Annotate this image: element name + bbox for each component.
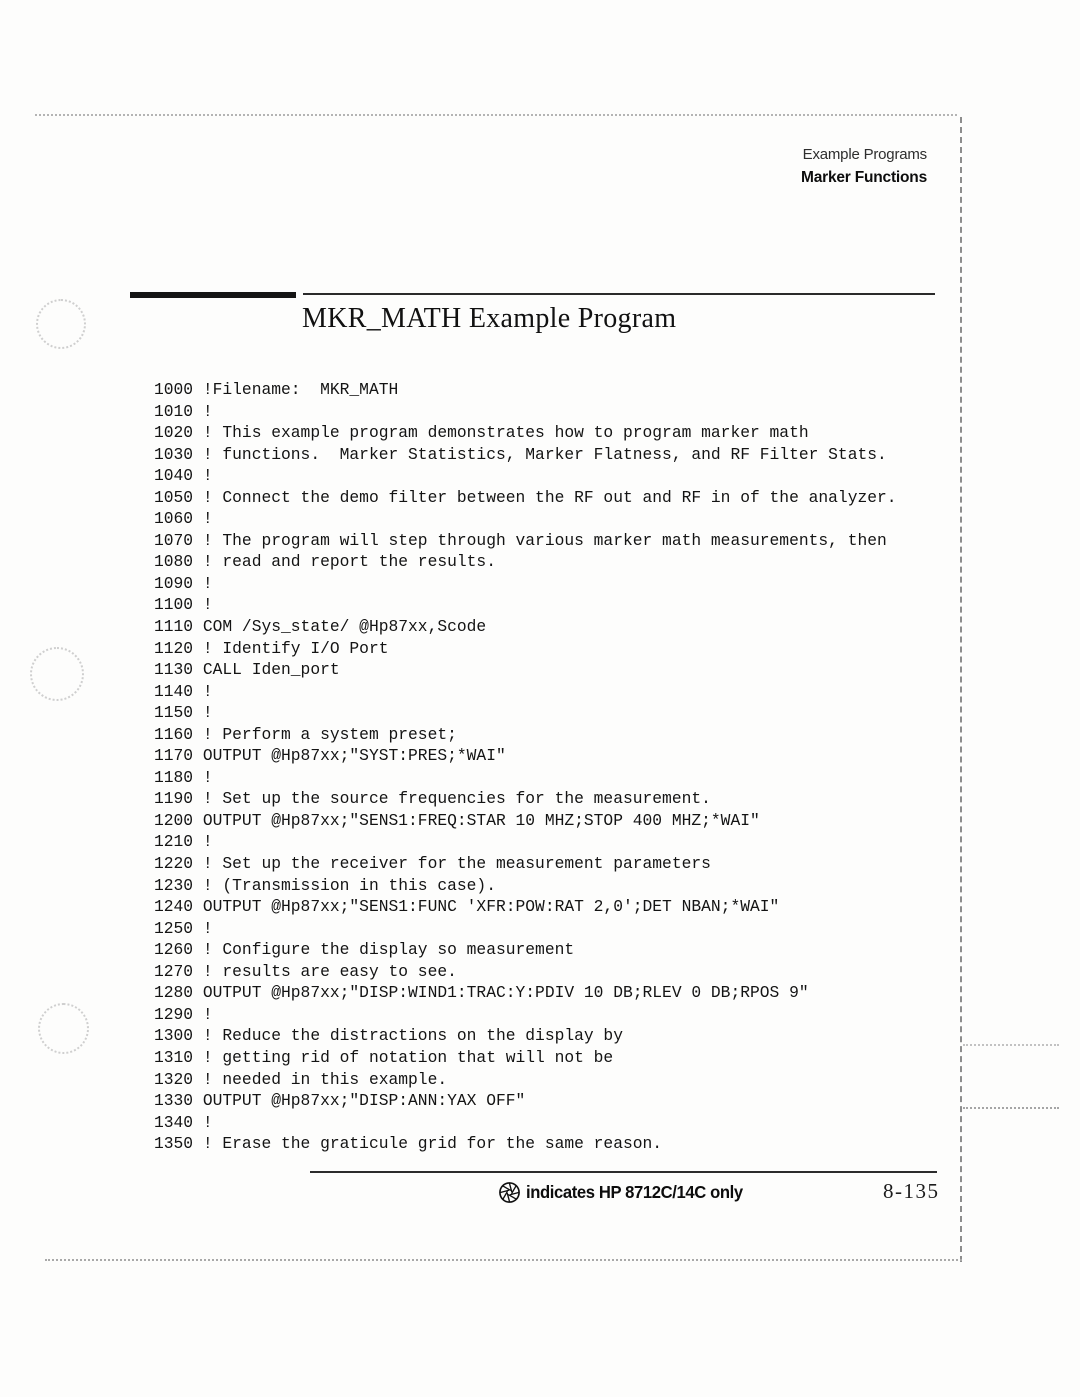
code-line: 1160 ! Perform a system preset; — [154, 724, 897, 746]
code-line: 1330 OUTPUT @Hp87xx;"DISP:ANN:YAX OFF" — [154, 1090, 897, 1112]
right-margin-dotted-stub — [963, 1107, 1059, 1109]
footer-rule — [310, 1171, 937, 1173]
code-line: 1270 ! results are easy to see. — [154, 961, 897, 983]
running-header: Example Programs Marker Functions — [801, 146, 927, 187]
scanned-manual-page: Example Programs Marker Functions MKR_MA… — [0, 0, 1080, 1397]
code-line: 1280 OUTPUT @Hp87xx;"DISP:WIND1:TRAC:Y:P… — [154, 982, 897, 1004]
code-line: 1060 ! — [154, 508, 897, 530]
binder-hole-mark — [30, 647, 84, 701]
code-line: 1180 ! — [154, 767, 897, 789]
code-line: 1210 ! — [154, 831, 897, 853]
page-edge-right-dashed-line — [960, 117, 962, 1262]
code-line: 1170 OUTPUT @Hp87xx;"SYST:PRES;*WAI" — [154, 745, 897, 767]
page-title: MKR_MATH Example Program — [302, 303, 676, 335]
code-line: 1130 CALL Iden_port — [154, 659, 897, 681]
code-line: 1140 ! — [154, 681, 897, 703]
code-line: 1320 ! needed in this example. — [154, 1069, 897, 1091]
title-rule — [303, 293, 935, 295]
code-line: 1340 ! — [154, 1112, 897, 1134]
page-edge-top-dotted-line — [35, 114, 957, 116]
code-line: 1030 ! functions. Marker Statistics, Mar… — [154, 444, 897, 466]
code-line: 1260 ! Configure the display so measurem… — [154, 939, 897, 961]
code-line: 1250 ! — [154, 918, 897, 940]
page-edge-bottom-dotted-line — [45, 1259, 962, 1261]
code-line: 1100 ! — [154, 594, 897, 616]
code-line: 1150 ! — [154, 702, 897, 724]
code-line: 1310 ! getting rid of notation that will… — [154, 1047, 897, 1069]
code-line: 1220 ! Set up the receiver for the measu… — [154, 853, 897, 875]
page-number: 8-135 — [883, 1179, 940, 1204]
right-margin-dotted-stub — [963, 1044, 1059, 1046]
code-line: 1080 ! read and report the results. — [154, 551, 897, 573]
code-line: 1000 !Filename: MKR_MATH — [154, 379, 897, 401]
code-line: 1350 ! Erase the graticule grid for the … — [154, 1133, 897, 1155]
code-line: 1230 ! (Transmission in this case). — [154, 875, 897, 897]
code-line: 1050 ! Connect the demo filter between t… — [154, 487, 897, 509]
code-line: 1300 ! Reduce the distractions on the di… — [154, 1025, 897, 1047]
code-line: 1120 ! Identify I/O Port — [154, 638, 897, 660]
header-chapter-label: Example Programs — [801, 146, 927, 165]
footer-note-text: indicates HP 8712C/14C only — [526, 1182, 743, 1203]
code-line: 1290 ! — [154, 1004, 897, 1026]
code-line: 1070 ! The program will step through var… — [154, 530, 897, 552]
header-section-label: Marker Functions — [801, 168, 927, 187]
code-line: 1020 ! This example program demonstrates… — [154, 422, 897, 444]
code-line: 1200 OUTPUT @Hp87xx;"SENS1:FREQ:STAR 10 … — [154, 810, 897, 832]
code-line: 1040 ! — [154, 465, 897, 487]
code-line: 1190 ! Set up the source frequencies for… — [154, 788, 897, 810]
code-line: 1110 COM /Sys_state/ @Hp87xx,Scode — [154, 616, 897, 638]
footer-note: indicates HP 8712C/14C only — [498, 1181, 754, 1204]
binder-hole-mark — [36, 299, 86, 349]
code-line: 1090 ! — [154, 573, 897, 595]
title-left-bar — [130, 292, 296, 298]
code-line: 1010 ! — [154, 401, 897, 423]
pinwheel-icon — [498, 1181, 521, 1204]
code-line: 1240 OUTPUT @Hp87xx;"SENS1:FUNC 'XFR:POW… — [154, 896, 897, 918]
program-code-listing: 1000 !Filename: MKR_MATH1010 !1020 ! Thi… — [154, 379, 897, 1155]
binder-hole-mark — [38, 1003, 89, 1054]
